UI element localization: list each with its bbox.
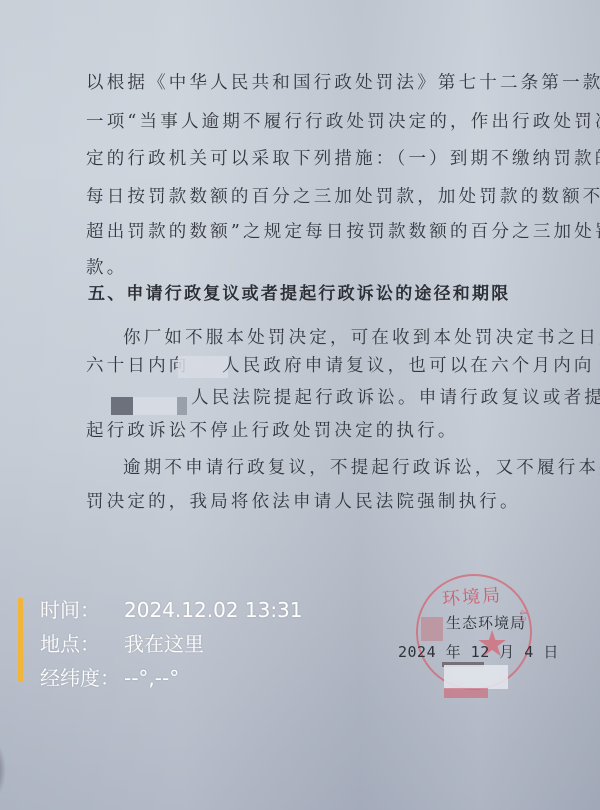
enforcement-paragraph-line: 罚决定的，我局将依法申请人民法院强制执行。	[86, 491, 521, 513]
watermark-accent-bar	[18, 598, 23, 682]
appeal-paragraph-line: 起行政诉讼不停止行政处罚决定的执行。	[86, 420, 459, 442]
redacted-region	[178, 356, 228, 378]
redacted-region	[177, 397, 187, 415]
watermark-place-row: 地点：我在这里	[40, 628, 204, 657]
seal-arc-text: 环境局	[441, 581, 503, 611]
section-heading: 五、申请行政复议或者提起行政诉讼的途径和期限	[88, 279, 510, 304]
enforcement-paragraph-line: 逾期不申请行政复议，不提起行政诉讼，又不履行本处	[123, 457, 600, 479]
penalty-paragraph-line: 以根据《中华人民共和国行政处罚法》第七十二条第一款第	[86, 72, 600, 94]
watermark-coords-row: 经纬度：--°,--°	[40, 662, 179, 691]
redacted-region	[444, 665, 508, 689]
redacted-region	[111, 397, 133, 415]
appeal-paragraph-line: 人民法院提起行政诉讼。申请行政复议或者提	[191, 387, 600, 409]
appeal-paragraph-line: 人民政府申请复议，也可以在六个月内向	[222, 355, 595, 377]
appeal-paragraph-line: 六十日内向	[86, 355, 190, 377]
coords-value: --°,--°	[124, 666, 179, 690]
penalty-paragraph-line: 每日按罚款数额的百分之三加处罚款，加处罚款的数额不得	[86, 186, 600, 208]
redacted-region	[444, 688, 488, 698]
time-value: 2024.12.02 13:31	[124, 598, 303, 622]
appeal-paragraph-line: 你厂如不服本处罚决定，可在收到本处罚决定书之日起	[123, 327, 600, 349]
redacted-region	[133, 397, 177, 415]
coords-label: 经纬度：	[40, 662, 124, 691]
watermark-time-row: 时间：2024.12.02 13:31	[40, 594, 303, 623]
camera-timestamp-watermark: 时间：2024.12.02 13:31 地点：我在这里 经纬度：--°,--°	[18, 594, 348, 690]
penalty-paragraph-line: 款。	[86, 257, 127, 279]
redacted-region	[421, 617, 443, 641]
penalty-paragraph-line: 超出罚款的数额”之规定每日按罚款数额的百分之三加处罚	[86, 221, 600, 243]
place-value: 我在这里	[124, 632, 204, 656]
finger-shadow	[0, 740, 6, 800]
penalty-paragraph-line: 定的行政机关可以采取下列措施：（一）到期不缴纳罚款的，	[86, 148, 600, 170]
time-label: 时间：	[40, 594, 124, 623]
place-label: 地点：	[40, 628, 124, 657]
penalty-paragraph-line: 一项“当事人逾期不履行行政处罚决定的，作出行政处罚决	[86, 111, 600, 133]
issue-date: 2024 年 12 月 4 日	[398, 641, 559, 662]
issuing-authority: 生态环境局	[446, 612, 526, 633]
